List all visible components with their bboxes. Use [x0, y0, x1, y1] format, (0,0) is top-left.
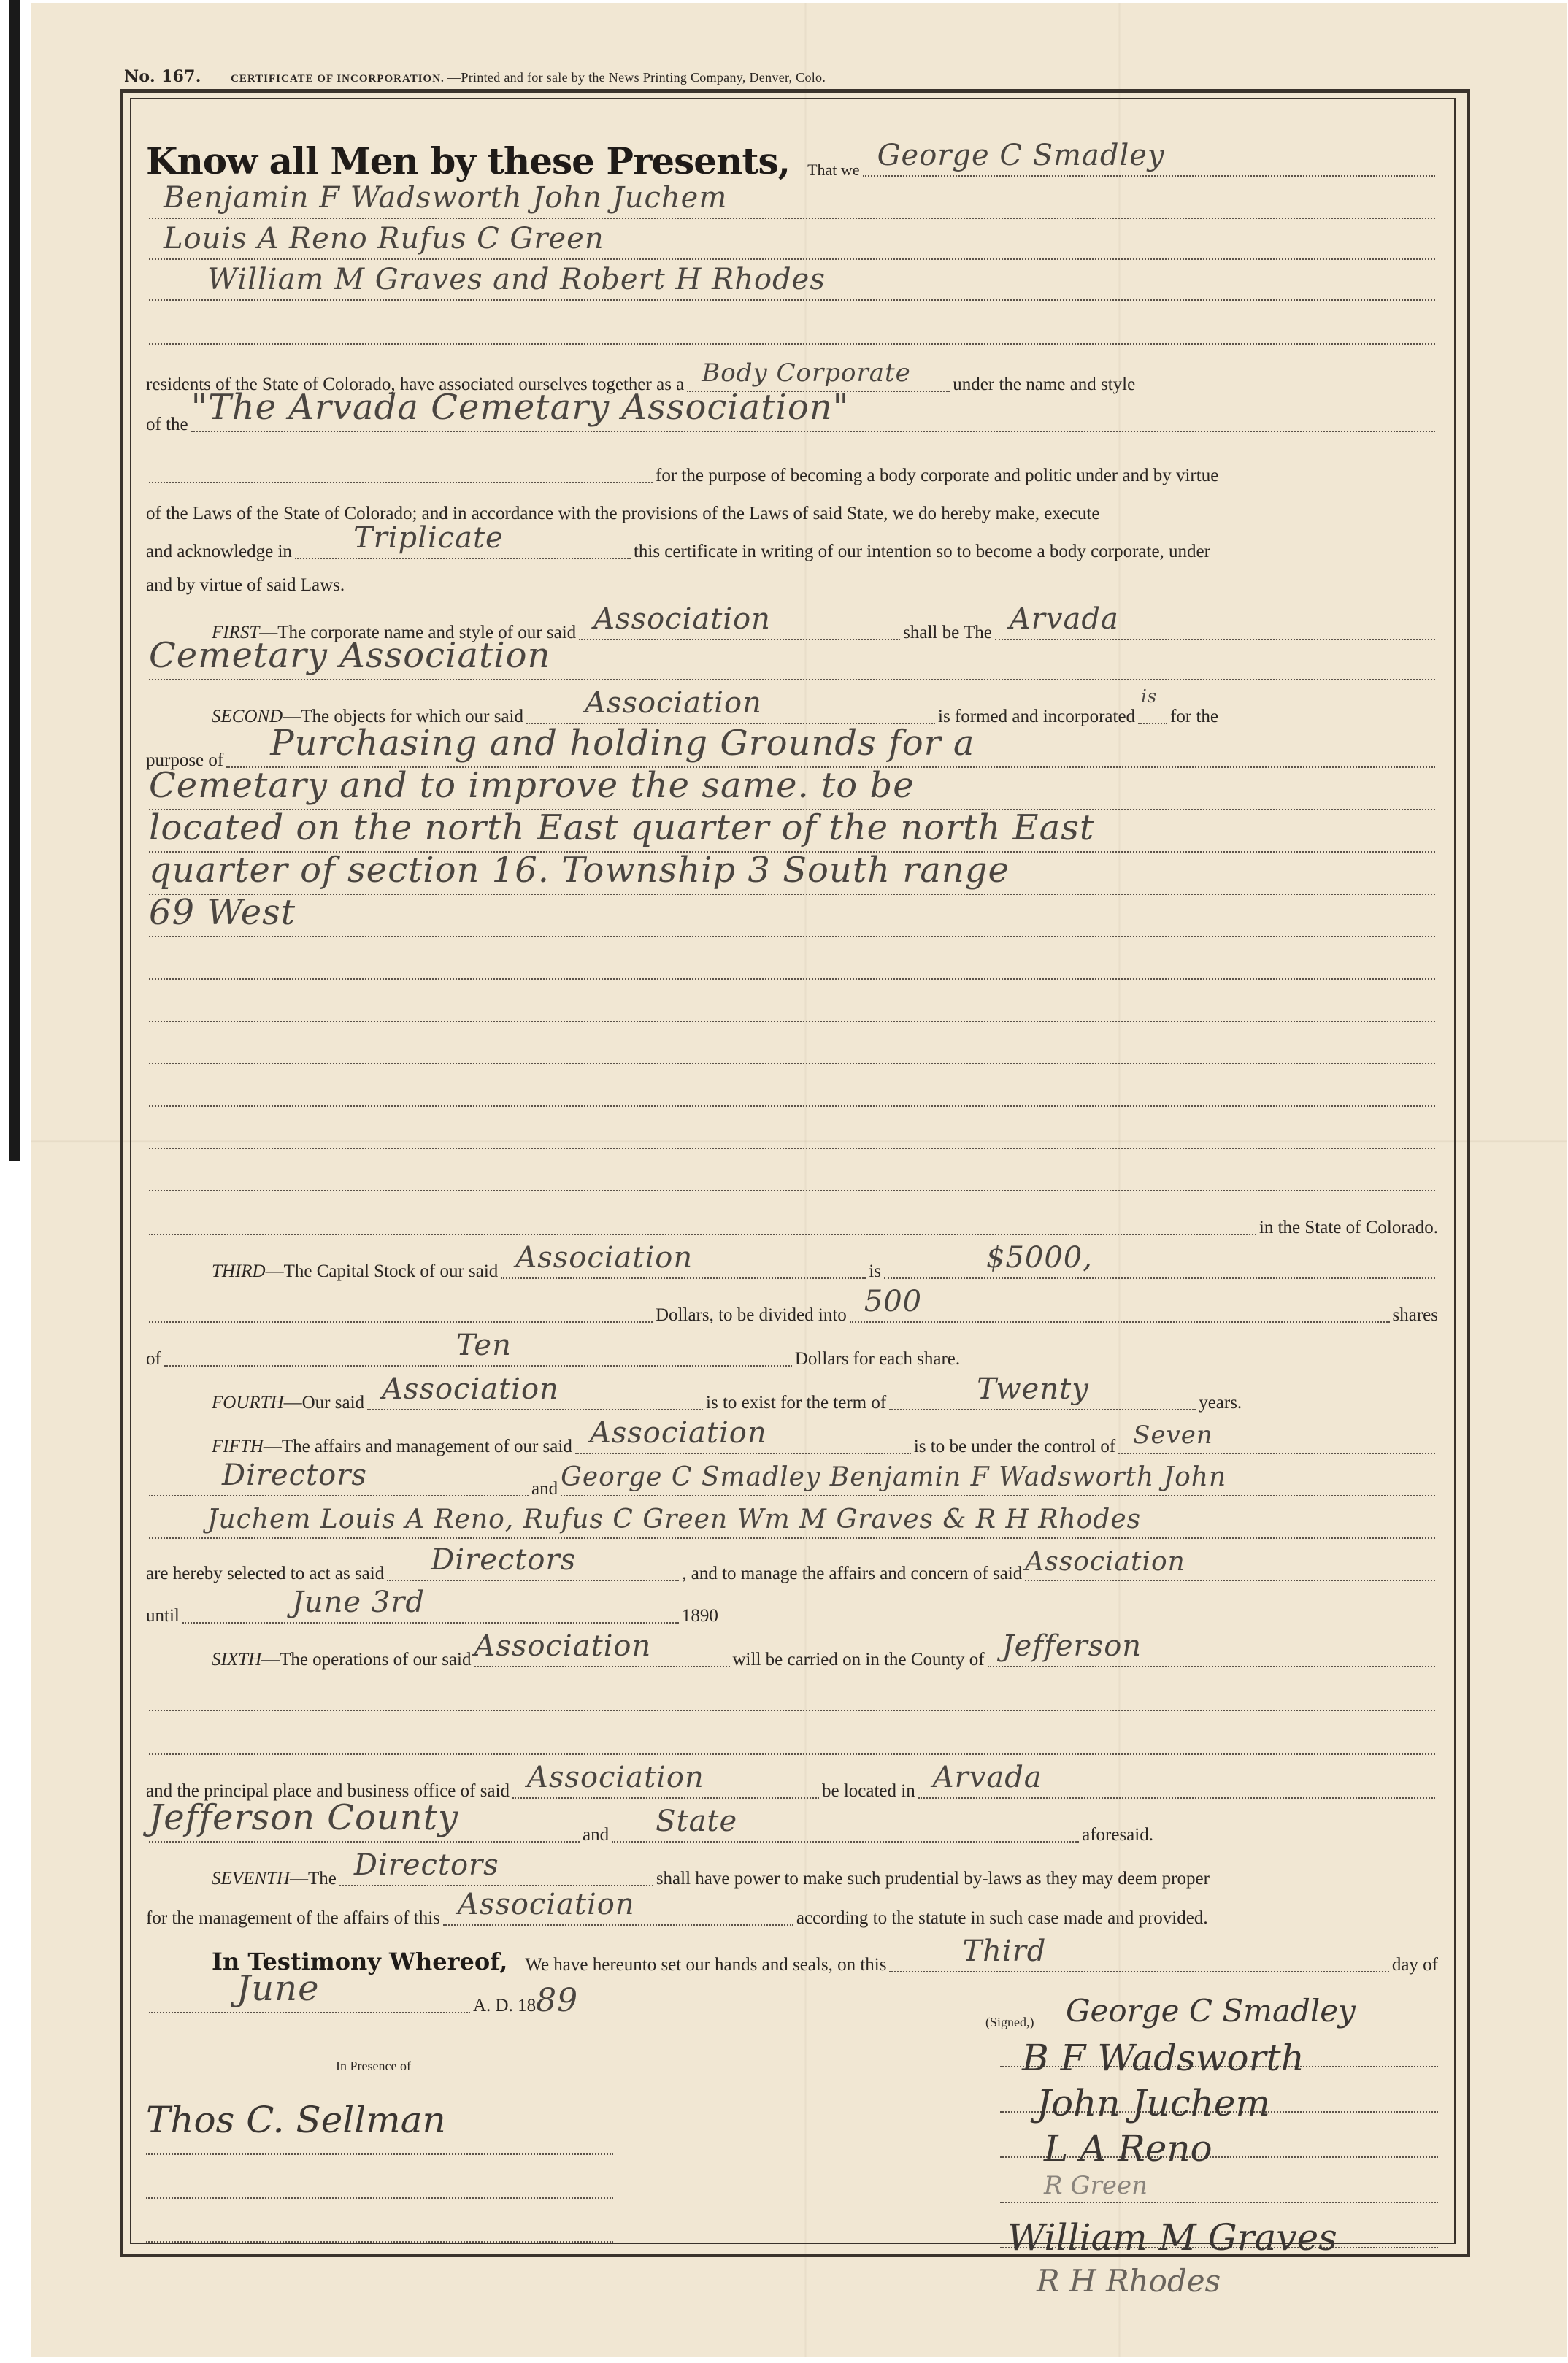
directors-names-field-2[interactable]: Juchem Louis A Reno, Rufus C Green Wm M … [149, 1504, 1435, 1539]
first-entity-field[interactable]: Association [579, 605, 900, 640]
incorporator-field-3[interactable]: Louis A Reno Rufus C Green [149, 225, 1435, 260]
county-field-2[interactable] [149, 1676, 1435, 1711]
name-style-row: of the "The Arvada Cemetary Association" [146, 401, 1438, 438]
shares-count-field[interactable]: 500 [850, 1288, 1390, 1323]
witness-signature: Thos C. Sellman [146, 2099, 446, 2141]
fifth-entity-field-2[interactable]: Association [1025, 1546, 1435, 1581]
director-role-field[interactable]: Directors [387, 1546, 679, 1581]
second-row-9 [146, 1034, 1438, 1070]
third-row-2: Dollars, to be divided into 500 shares [146, 1292, 1438, 1329]
witness-line-2[interactable] [146, 2197, 613, 2199]
purpose-field-8[interactable] [149, 1029, 1435, 1064]
purpose-field-5[interactable]: 69 West [149, 902, 1435, 937]
first-row-2: Cemetary Association [146, 650, 1438, 686]
purpose-field-2[interactable]: Cemetary and to improve the same. to be [149, 775, 1435, 810]
directors-names-field-1[interactable]: George C Smadley Benjamin F Wadsworth Jo… [561, 1461, 1435, 1496]
fifth-row-2: Directors and George C Smadley Benjamin … [146, 1466, 1438, 1502]
third-row-3: of Ten Dollars for each share. [146, 1336, 1438, 1372]
form-title: CERTIFICATE OF INCORPORATION. [231, 73, 445, 85]
purpose-field-11[interactable] [149, 1156, 1435, 1191]
incorporators-row-4: William M Graves and Robert H Rhodes [146, 270, 1438, 307]
witness-line-1[interactable] [146, 2153, 613, 2155]
seventh-row-2: for the management of the affairs of thi… [146, 1895, 1438, 1932]
fifth-row-1: FIFTH —The affairs and management of our… [146, 1423, 1438, 1460]
signature-juchem: John Juchem [1037, 2082, 1270, 2124]
second-row-state: in the State of Colorado. [146, 1204, 1438, 1241]
purpose-field-9[interactable] [149, 1072, 1435, 1107]
signature-smadley: George C Smadley [1066, 1993, 1356, 2029]
incorporator-field-2[interactable]: Benjamin F Wadsworth John Juchem [149, 184, 1435, 219]
county-name-field[interactable]: Jefferson County [149, 1807, 580, 1843]
signed-label: (Signed,) [985, 2015, 1034, 2030]
signature-graves: William M Graves [1007, 2216, 1337, 2259]
director-count-field[interactable]: Seven [1118, 1419, 1435, 1454]
correction-field[interactable]: is [1138, 689, 1167, 724]
second-row-11 [146, 1118, 1438, 1155]
bylaws-body-field[interactable]: Directors [339, 1851, 653, 1886]
scanner-backing [9, 0, 20, 1161]
purpose-field-4[interactable]: quarter of section 16. Township 3 South … [149, 860, 1435, 895]
fifth-row-4: are hereby selected to act as said Direc… [146, 1551, 1438, 1587]
until-date-field[interactable]: June 3rd [182, 1588, 679, 1624]
signature-green: R Green [1044, 2171, 1148, 2200]
seventh-row-1: SEVENTH —The Directors shall have power … [146, 1856, 1438, 1892]
virtue-row: and by virtue of said Laws. [146, 562, 1438, 599]
first-name-field-2[interactable]: Cemetary Association [149, 645, 1435, 680]
fourth-row: FOURTH —Our said Association is to exist… [146, 1380, 1438, 1416]
testimony-row: In Testimony Whereof, We have hereunto s… [146, 1934, 1438, 1978]
sixth-row-1: SIXTH —The operations of our said Associ… [146, 1637, 1438, 1673]
incorporators-row-5 [146, 314, 1438, 350]
second-row-5: quarter of section 16. Township 3 South … [146, 864, 1438, 901]
purpose-field-10[interactable] [149, 1114, 1435, 1149]
incorporators-row-2: Benjamin F Wadsworth John Juchem [146, 188, 1438, 225]
in-presence-label: In Presence of [336, 2059, 411, 2074]
term-field[interactable]: Twenty [889, 1375, 1196, 1410]
signature-rhodes: R H Rhodes [1037, 2263, 1221, 2299]
purpose-field-1[interactable]: Purchasing and holding Grounds for a [226, 733, 1435, 768]
fifth-row-5: until June 3rd 1890 [146, 1593, 1438, 1629]
form-header: No. 167. CERTIFICATE OF INCORPORATION. —… [124, 67, 1117, 86]
fourth-entity-field[interactable]: Association [367, 1375, 703, 1410]
corporate-name-field[interactable]: "The Arvada Cemetary Association" [191, 397, 1435, 432]
second-row-8 [146, 991, 1438, 1028]
incorporator-field-4[interactable]: William M Graves and Robert H Rhodes [149, 266, 1435, 301]
preamble-heading: Know all Men by these Presents, [146, 139, 790, 182]
incorporator-field-1[interactable]: George C Smadley [863, 142, 1435, 177]
incorporators-row-3: Louis A Reno Rufus C Green [146, 229, 1438, 266]
second-row-6: 69 West [146, 907, 1438, 943]
name-continuation-field[interactable] [149, 448, 653, 483]
laws-row: of the Laws of the State of Colorado; an… [146, 491, 1438, 527]
sixth-row-3 [146, 1724, 1438, 1761]
third-row-1: THIRD —The Capital Stock of our said Ass… [146, 1248, 1438, 1285]
until-year: 1890 [682, 1606, 718, 1629]
capital-words-field[interactable] [149, 1288, 653, 1323]
signature-reno: L A Reno [1044, 2127, 1212, 2170]
share-value-field[interactable]: Ten [164, 1332, 792, 1367]
county-field[interactable]: Jefferson [988, 1632, 1435, 1667]
capital-amount-field[interactable]: $5000, [884, 1244, 1435, 1279]
governing-body-field[interactable]: Directors [149, 1461, 529, 1496]
signature-line-4[interactable] [1000, 2202, 1438, 2203]
second-entity-field[interactable]: Association [526, 689, 935, 724]
second-row-12 [146, 1161, 1438, 1197]
town-field[interactable]: Arvada [918, 1764, 1435, 1799]
purpose-field-12[interactable] [149, 1200, 1256, 1235]
preamble-heading-row: Know all Men by these Presents, That we … [146, 131, 1438, 182]
incorporator-field-5[interactable] [149, 310, 1435, 345]
state-field[interactable]: State [612, 1807, 1079, 1843]
year-suffix: 89 [536, 1982, 578, 2019]
printer-credit: —Printed and for sale by the News Printi… [447, 70, 826, 85]
day-field[interactable]: Third [889, 1937, 1388, 1972]
first-name-field[interactable]: Arvada [995, 605, 1435, 640]
office-entity-field[interactable]: Association [512, 1764, 819, 1799]
acknowledge-row: and acknowledge in Triplicate this certi… [146, 529, 1438, 565]
purpose-field-3[interactable]: located on the north East quarter of the… [149, 818, 1435, 853]
copies-field[interactable]: Triplicate [295, 524, 631, 559]
county-field-3[interactable] [149, 1720, 1435, 1755]
purpose-field-6[interactable] [149, 945, 1435, 980]
sixth-row-5: Jefferson County and State aforesaid. [146, 1812, 1438, 1848]
seventh-entity-field[interactable]: Association [443, 1891, 793, 1926]
second-row-7 [146, 949, 1438, 985]
fifth-row-3: Juchem Louis A Reno, Rufus C Green Wm M … [146, 1508, 1438, 1545]
signature-wadsworth: B F Wadsworth [1022, 2037, 1304, 2079]
that-we-label: That we [807, 161, 859, 182]
sixth-row-2 [146, 1680, 1438, 1717]
month-field[interactable]: June [149, 1978, 470, 2013]
third-entity-field[interactable]: Association [501, 1244, 866, 1279]
purpose-field-7[interactable] [149, 987, 1435, 1022]
form-number: No. 167. [124, 67, 201, 86]
purpose-row: for the purpose of becoming a body corpo… [146, 453, 1438, 489]
second-row-10 [146, 1076, 1438, 1113]
sixth-entity-field[interactable]: Association [474, 1632, 730, 1667]
witness-line-3[interactable] [146, 2241, 613, 2243]
fifth-entity-field[interactable]: Association [575, 1419, 911, 1454]
